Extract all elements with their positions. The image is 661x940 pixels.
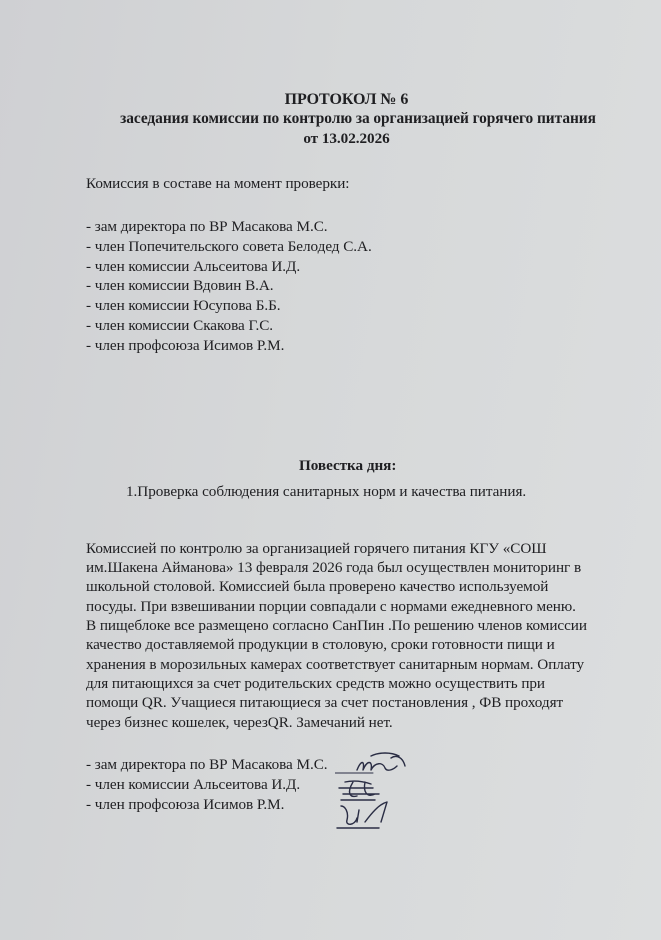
commission-member: - член комиссии Скакова Г.С. xyxy=(86,317,273,335)
body-line: посуды. При взвешивании порции совпадали… xyxy=(86,598,576,616)
agenda-item: 1.Проверка соблюдения санитарных норм и … xyxy=(126,483,526,501)
commission-member: - член комиссии Юсупова Б.Б. xyxy=(86,297,281,315)
body-line: через бизнес кошелек, черезQR. Замечаний… xyxy=(86,714,393,732)
document-date: от 13.02.2026 xyxy=(0,130,661,148)
protocol-document: ПРОТОКОЛ № 6 заседания комиссии по контр… xyxy=(0,0,661,940)
commission-member: - член профсоюза Исимов Р.М. xyxy=(86,337,284,355)
body-line: В пищеблоке все размещено согласно СанПи… xyxy=(86,617,587,635)
signature-name: - член профсоюза Исимов Р.М. xyxy=(86,796,284,814)
commission-member: - зам директора по ВР Масакова М.С. xyxy=(86,218,328,236)
agenda-heading: Повестка дня: xyxy=(299,457,396,475)
body-line: помощи QR. Учащиеся питающиеся за счет п… xyxy=(86,694,563,712)
document-title: ПРОТОКОЛ № 6 xyxy=(0,91,661,109)
signature-icon xyxy=(335,752,435,832)
commission-member: - член Попечительского совета Белодед С.… xyxy=(86,238,372,256)
body-line: школьной столовой. Комиссией была провер… xyxy=(86,578,548,596)
signature-name: - член комиссии Альсеитова И.Д. xyxy=(86,776,300,794)
body-line: Комиссией по контролю за организацией го… xyxy=(86,540,547,558)
commission-member: - член комиссии Вдовин В.А. xyxy=(86,277,274,295)
body-line: для питающихся за счет родительских сред… xyxy=(86,675,545,693)
body-line: им.Шакена Айманова» 13 февраля 2026 года… xyxy=(86,559,581,577)
document-subtitle: заседания комиссии по контролю за органи… xyxy=(0,110,661,128)
body-line: качество доставляемой продукции в столов… xyxy=(86,636,555,654)
commission-member: - член комиссии Альсеитова И.Д. xyxy=(86,258,300,276)
commission-intro: Комиссия в составе на момент проверки: xyxy=(86,175,349,193)
signature-name: - зам директора по ВР Масакова М.С. xyxy=(86,756,328,774)
body-line: хранения в морозильных камерах соответст… xyxy=(86,656,584,674)
